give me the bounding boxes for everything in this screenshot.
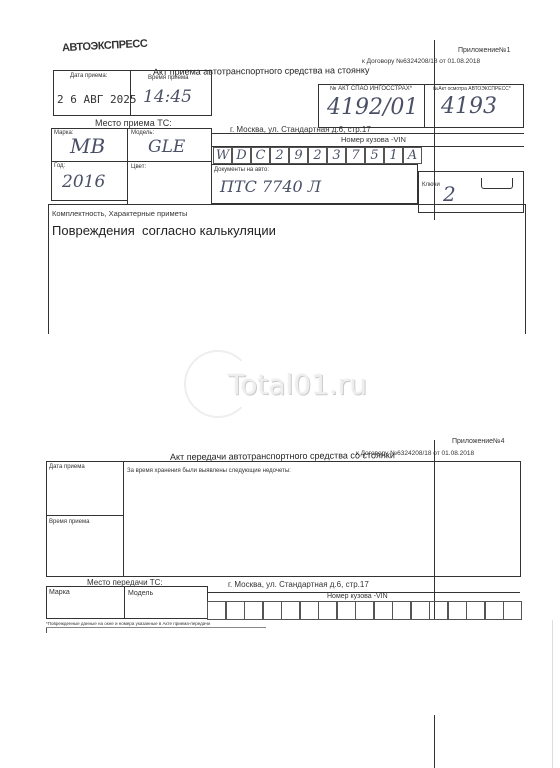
vin-cell: 1 — [384, 147, 403, 164]
time-box-2: Время приема — [46, 515, 124, 577]
vin-cell: 2 — [270, 147, 289, 164]
defects-label: За время хранения были выявлены следующи… — [127, 468, 291, 474]
avtoexpress-box: №Акт осмотра АВТОЭКСПРЕСС* 4193 — [424, 84, 524, 128]
vin-cell — [318, 601, 337, 620]
color-box: Цвет: — [127, 161, 212, 205]
bottom-frame-line — [46, 627, 266, 628]
brand-box: Марка: MB — [51, 128, 128, 162]
date-box-2: Дата приема — [46, 461, 124, 516]
company-logo: АВТОЭКСПРЕСС — [62, 38, 148, 54]
vin-cell: 7 — [346, 147, 365, 164]
year-box: Год: 2016 — [51, 161, 128, 201]
vin-cell: W — [213, 147, 232, 164]
keys-value: 2 — [443, 182, 456, 206]
vin-cell — [263, 601, 282, 620]
footnote: *Поврежденные данные на окне и номера ук… — [46, 621, 210, 626]
appendix-label-2: Приложение№4 — [452, 438, 504, 445]
model-box: Модель: GLE — [127, 128, 212, 162]
keys-bracket-icon — [481, 178, 513, 189]
appendix-label: Приложение№1 — [458, 47, 510, 54]
time-value: 14:45 — [143, 87, 192, 107]
vin-cell: 9 — [289, 147, 308, 164]
contract-ref: к Договору №6324208/18 от 01.08.2018 — [362, 58, 480, 65]
model-value: GLE — [148, 137, 185, 157]
vin-cell — [429, 601, 448, 620]
vin-header: Номер кузова -VIN — [211, 133, 524, 147]
date-stamp: 2 6 АВГ 2025 — [57, 93, 136, 106]
vin-cell — [374, 601, 393, 620]
vin-cell — [392, 601, 411, 620]
vin-cell: A — [403, 147, 422, 164]
vin-cell: 2 — [308, 147, 327, 164]
brand-value: MB — [70, 134, 105, 158]
avtoexpress-value: 4193 — [441, 94, 497, 119]
year-value: 2016 — [62, 172, 105, 192]
vin-cell — [337, 601, 356, 620]
vin-cell — [485, 601, 504, 620]
vin-cell: D — [232, 147, 251, 164]
ingos-value: 4192/01 — [327, 95, 418, 120]
vin-cell — [448, 601, 467, 620]
right-margin-line — [552, 620, 553, 768]
date-box: Дата приема: 2 6 АВГ 2025 — [53, 70, 131, 116]
place-value-2: г. Москва, ул. Стандартная д.6, стр.17 — [228, 580, 369, 589]
model-box-2: Модель — [124, 586, 208, 619]
vin-cell — [355, 601, 374, 620]
vin-cell: 3 — [327, 147, 346, 164]
time-box: Время приема 14:45 — [130, 70, 212, 116]
docs-box: Документы на авто: ПТС 7740 Л — [211, 164, 418, 204]
vin-cell — [207, 601, 226, 620]
vin-cell — [244, 601, 263, 620]
watermark: Total01.ru — [228, 368, 367, 401]
vin-cell — [226, 601, 245, 620]
vin-cell — [466, 601, 485, 620]
vin-cell — [503, 601, 522, 620]
fold-line — [434, 715, 435, 768]
place-label: Место приема ТС: — [95, 118, 172, 128]
completeness-box: Комплектность, Характерные приметы Повре… — [48, 204, 526, 334]
brand-box-2: Марка — [46, 586, 125, 619]
vin-cell — [281, 601, 300, 620]
ingos-box: № АКТ СПАО ИНГОССТРАХ* 4192/01 — [318, 84, 425, 128]
vin-cell: 5 — [365, 147, 384, 164]
vin-cell: C — [251, 147, 270, 164]
completeness-value: Повреждения согласно калькуляции — [52, 223, 276, 238]
docs-value: ПТС 7740 Л — [220, 177, 321, 196]
vin-cell — [411, 601, 430, 620]
vin-cell — [300, 601, 319, 620]
